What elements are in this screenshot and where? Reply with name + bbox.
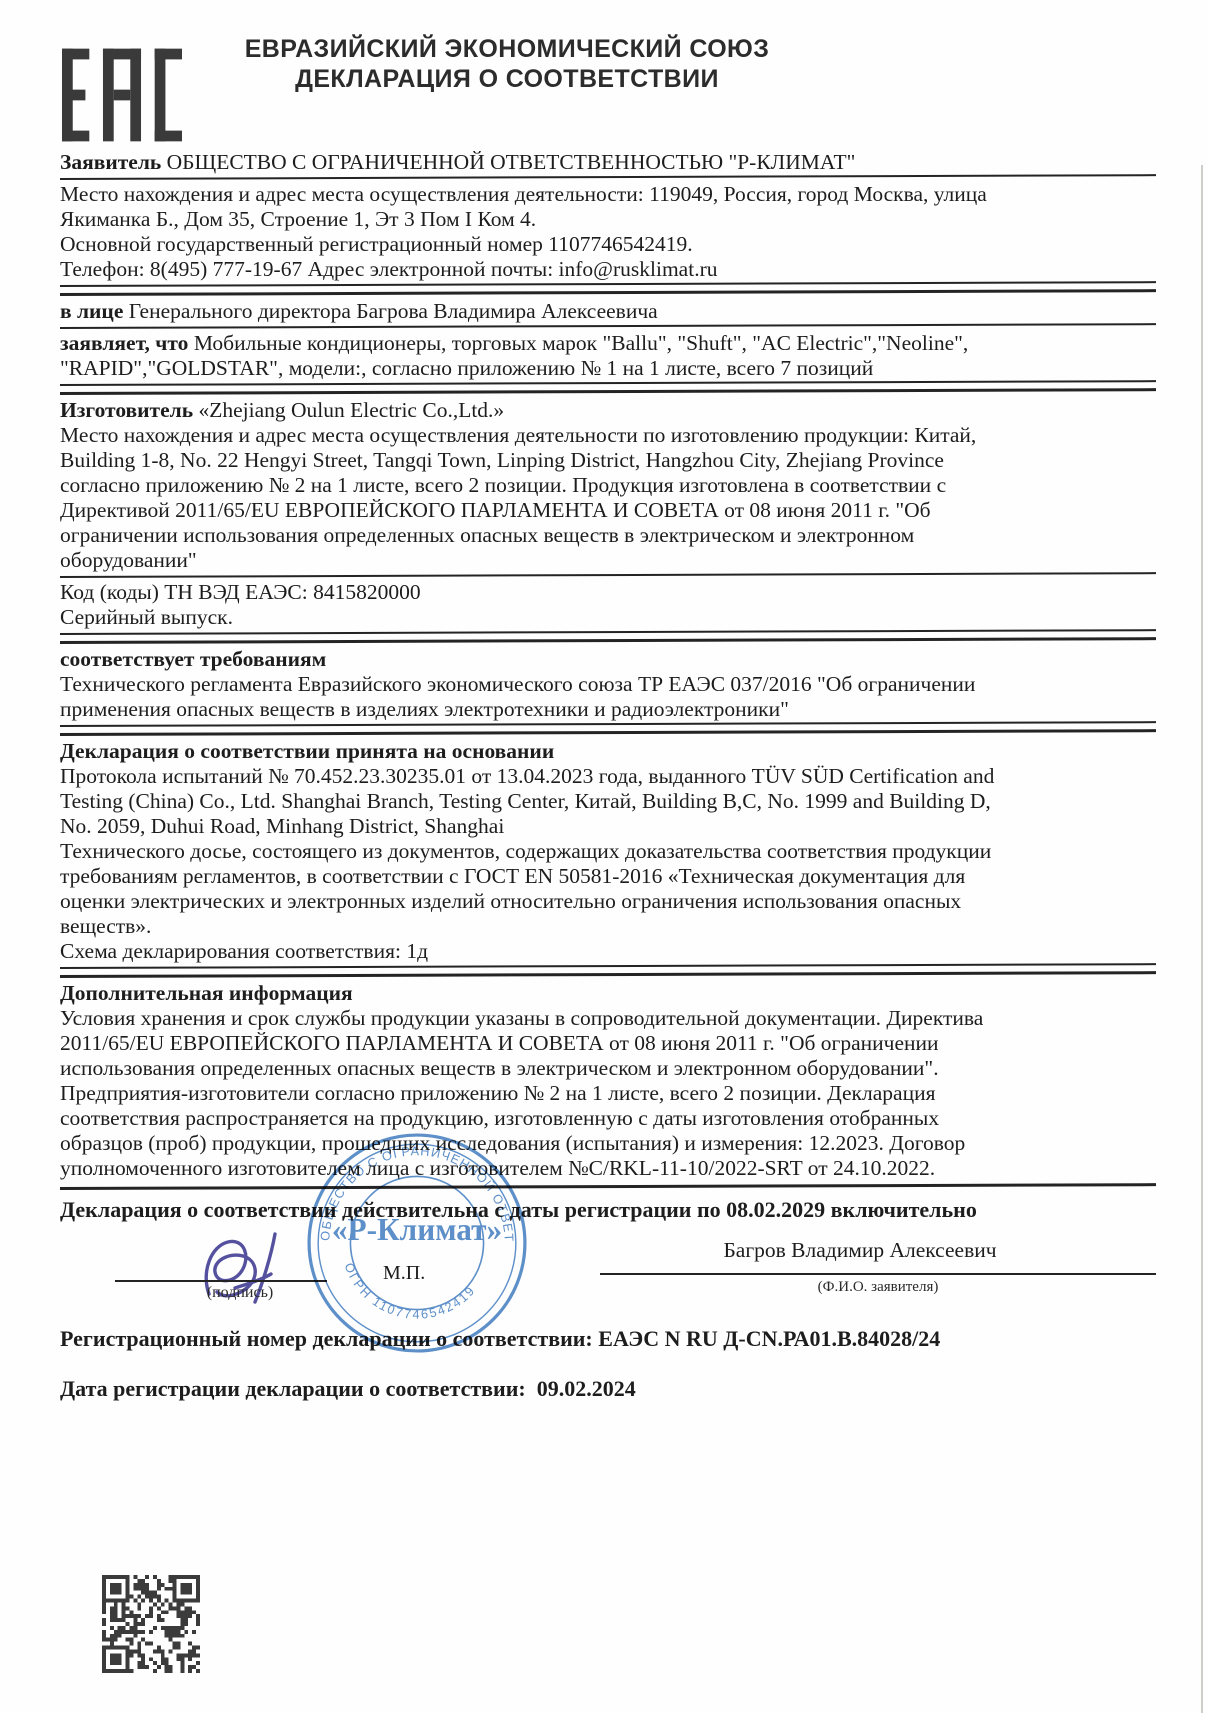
section-divider — [60, 289, 1156, 296]
compliance-line: Технического регламента Евразийского эко… — [60, 672, 1156, 697]
section-divider — [60, 729, 1156, 736]
declarant-name: Багров Владимир Алексеевич — [540, 1238, 1180, 1263]
eac-mark-icon — [62, 46, 182, 144]
company-stamp: ОБЩЕСТВО С ОГРАНИЧЕННОЙ ОТВЕТСТВЕННОСТЬЮ… — [301, 1127, 533, 1359]
basis-line: No. 2059, Duhui Road, Minhang District, … — [60, 814, 1156, 839]
basis-line: Технического досье, состоящего из докуме… — [60, 839, 1156, 864]
applicant-line: Заявитель ОБЩЕСТВО С ОГРАНИЧЕННОЙ ОТВЕТС… — [60, 150, 1156, 175]
additional-info-line: использования определенных опасных вещес… — [60, 1056, 1156, 1081]
document-header: ЕВРАЗИЙСКИЙ ЭКОНОМИЧЕСКИЙ СОЮЗ ДЕКЛАРАЦИ… — [0, 0, 1208, 150]
serial-issue-line: Серийный выпуск. — [60, 605, 1156, 630]
manufacturer-text-line: согласно приложению № 2 на 1 листе, всег… — [60, 473, 1156, 498]
manufacturer-address-line: Building 1-8, No. 22 Hengyi Street, Tang… — [60, 448, 1156, 473]
registration-date-line: Дата регистрации декларации о соответств… — [60, 1375, 1156, 1403]
qr-code — [102, 1575, 200, 1673]
additional-info-line: соответствия распространяется на продукц… — [60, 1106, 1156, 1131]
document-title: ЕВРАЗИЙСКИЙ ЭКОНОМИЧЕСКИЙ СОЮЗ ДЕКЛАРАЦИ… — [245, 34, 770, 94]
declaration-document: ЕВРАЗИЙСКИЙ ЭКОНОМИЧЕСКИЙ СОЮЗ ДЕКЛАРАЦИ… — [0, 0, 1208, 1713]
separator-line — [60, 963, 1156, 969]
section-divider — [60, 637, 1156, 644]
manufacturer-line: Изготовитель «Zhejiang Oulun Electric Co… — [60, 398, 1156, 423]
applicant-name: ОБЩЕСТВО С ОГРАНИЧЕННОЙ ОТВЕТСТВЕННОСТЬЮ… — [167, 150, 856, 174]
applicant-ogrn-line: Основной государственный регистрационный… — [60, 232, 1156, 257]
applicant-address-line: Якиманка Б., Дом 35, Строение 1, Эт 3 По… — [60, 207, 1156, 232]
basis-line: веществ». — [60, 914, 1156, 939]
basis-heading: Декларация о соответствии принята на осн… — [60, 739, 1156, 764]
separator-line — [60, 323, 1156, 329]
additional-info-line: Условия хранения и срок службы продукции… — [60, 1006, 1156, 1031]
additional-info-line: уполномоченного изготовителем лица с изг… — [60, 1156, 1156, 1181]
manufacturer-text-line: Директивой 2011/65/EU ЕВРОПЕЙСКОГО ПАРЛА… — [60, 498, 1156, 523]
section-divider — [60, 971, 1156, 978]
applicant-address-line: Место нахождения и адрес места осуществл… — [60, 182, 1156, 207]
in-person-line: в лице Генерального директора Багрова Вл… — [60, 299, 1156, 324]
fio-caption: (Ф.И.О. заявителя) — [600, 1279, 1156, 1296]
scan-edge-artifact — [1201, 165, 1203, 1713]
separator-line — [60, 174, 1156, 180]
title-union: ЕВРАЗИЙСКИЙ ЭКОНОМИЧЕСКИЙ СОЮЗ — [245, 34, 770, 64]
additional-info-line: Предприятия-изготовители согласно прилож… — [60, 1081, 1156, 1106]
registration-date-label: Дата регистрации декларации о соответств… — [60, 1376, 526, 1401]
registration-number-line: Регистрационный номер декларации о соотв… — [60, 1325, 1156, 1353]
declares-line: заявляет, что Мобильные кондиционеры, то… — [60, 331, 1156, 356]
validity-line: Декларация о соответствии действительна … — [60, 1196, 1156, 1224]
product-description: Мобильные кондиционеры, торговых марок "… — [194, 331, 968, 355]
svg-text:ОГРН 1107746542419: ОГРН 1107746542419 — [342, 1261, 479, 1322]
separator-line — [60, 572, 1156, 578]
separator-line — [60, 629, 1156, 635]
additional-info-line: 2011/65/EU ЕВРОПЕЙСКОГО ПАРЛАМЕНТА И СОВ… — [60, 1031, 1156, 1056]
separator-line — [60, 380, 1156, 386]
basis-line: требованиям регламентов, в соответствии … — [60, 864, 1156, 889]
tnved-code-line: Код (коды) ТН ВЭД ЕАЭС: 8415820000 — [60, 580, 1156, 605]
section-divider — [60, 1183, 1156, 1190]
document-body: Заявитель ОБЩЕСТВО С ОГРАНИЧЕННОЙ ОТВЕТС… — [0, 150, 1208, 1673]
registration-number-value: ЕАЭС N RU Д-CN.РА01.В.84028/24 — [598, 1326, 940, 1351]
manufacturer-name: «Zhejiang Oulun Electric Co.,Ltd.» — [198, 398, 504, 422]
basis-line: Testing (China) Co., Ltd. Shanghai Branc… — [60, 789, 1156, 814]
signature-caption: (подпись) — [160, 1284, 320, 1302]
basis-line: Протокола испытаний № 70.452.23.30235.01… — [60, 764, 1156, 789]
compliance-heading: соответствует требованиям — [60, 647, 1156, 672]
applicant-label: Заявитель — [60, 150, 161, 174]
manufacturer-text-line: оборудовании" — [60, 548, 1156, 573]
declares-label: заявляет, что — [60, 331, 188, 355]
declares-line: "RAPID","GOLDSTAR", модели:, согласно пр… — [60, 356, 1156, 381]
stamp-center-text: «Р-Климат» — [332, 1212, 502, 1247]
separator-line — [60, 281, 1156, 287]
additional-info-line: образцов (проб) продукции, прошедших исс… — [60, 1131, 1156, 1156]
declaration-scheme-line: Схема декларирования соответствия: 1д — [60, 939, 1156, 964]
director-name: Генерального директора Багрова Владимира… — [129, 299, 658, 323]
separator-line — [60, 721, 1156, 727]
fio-line — [600, 1273, 1156, 1275]
signature-line — [115, 1280, 327, 1282]
section-divider — [60, 388, 1156, 395]
manufacturer-text-line: ограничении использования определенных о… — [60, 523, 1156, 548]
compliance-line: применения опасных веществ в изделиях эл… — [60, 697, 1156, 722]
applicant-contacts-line: Телефон: 8(495) 777-19-67 Адрес электрон… — [60, 257, 1156, 282]
basis-line: оценки электрических и электронных издел… — [60, 889, 1156, 914]
in-person-label: в лице — [60, 299, 123, 323]
registration-date-value: 09.02.2024 — [537, 1376, 636, 1401]
manufacturer-address-line: Место нахождения и адрес места осуществл… — [60, 423, 1156, 448]
manufacturer-label: Изготовитель — [60, 398, 193, 422]
additional-info-heading: Дополнительная информация — [60, 981, 1156, 1006]
title-doc-type: ДЕКЛАРАЦИЯ О СООТВЕТСТВИИ — [245, 64, 770, 94]
signature-area: (подпись) М.П. Багров Владимир Алексееви… — [60, 1224, 1156, 1319]
stamp-ogrn-text: ОГРН 1107746542419 — [342, 1261, 479, 1322]
